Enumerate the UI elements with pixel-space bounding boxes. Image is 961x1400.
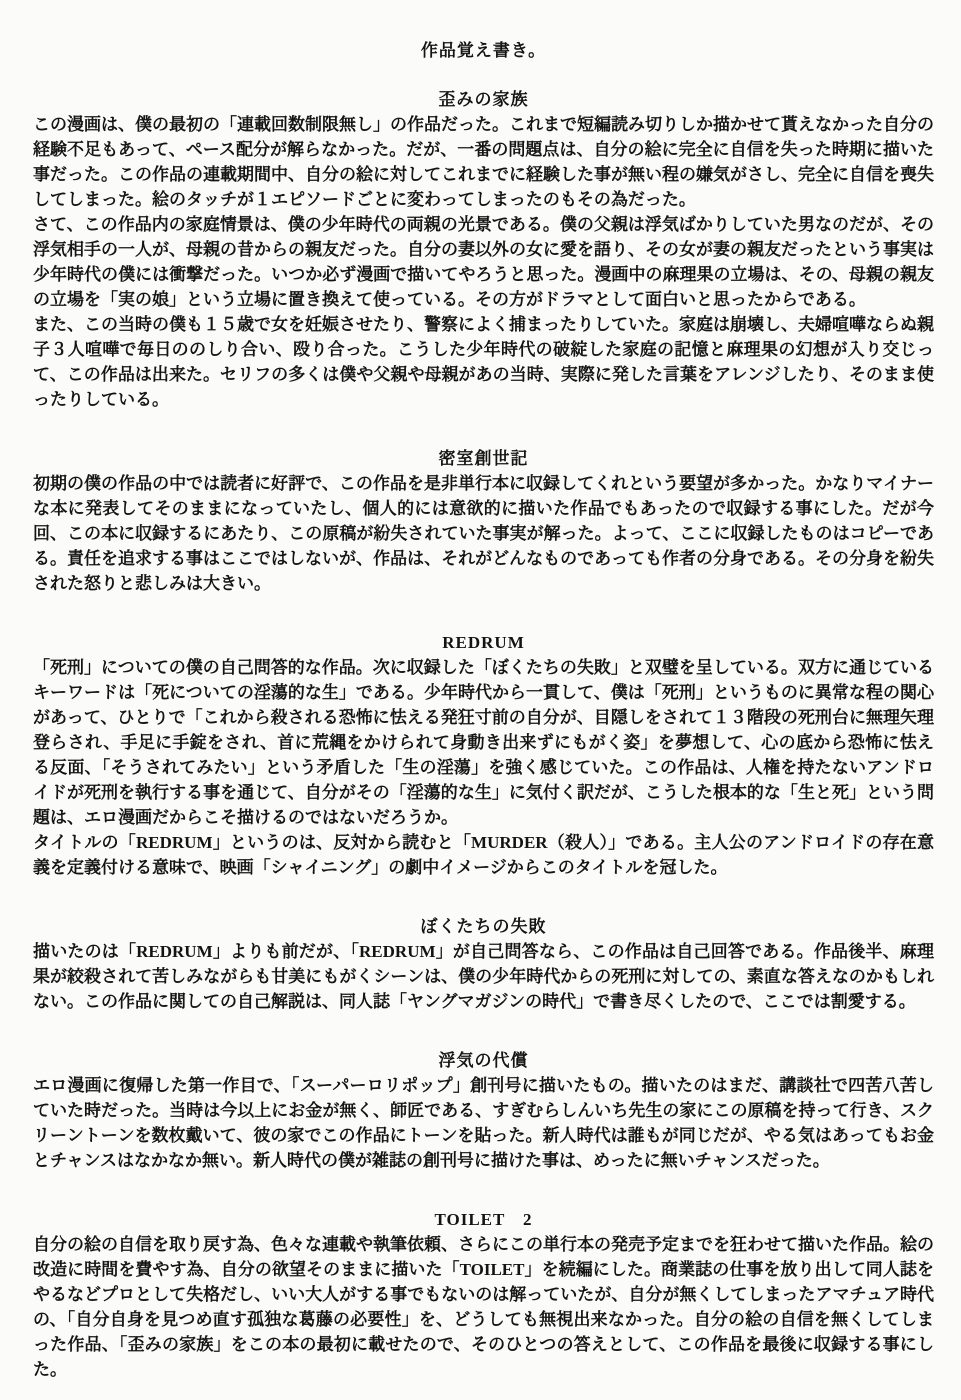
paragraph: エロ漫画に復帰した第一作目で、「スーパーロリポップ」創刊号に描いたもの。描いたの… <box>33 1073 934 1173</box>
sections-container: 歪みの家族 この漫画は、僕の最初の「連載回数制限無し」の作品だった。これまで短編… <box>33 87 934 1382</box>
section-heading-bokutachi-no-shippai: ぼくたちの失敗 <box>33 914 934 939</box>
page-title: 作品覚え書き。 <box>33 38 934 63</box>
section-heading-uwaki-no-daishou: 浮気の代償 <box>33 1048 934 1073</box>
paragraph: 初期の僕の作品の中では読者に好評で、この作品を是非単行本に収録してくれという要望… <box>33 471 934 596</box>
paragraph: この漫画は、僕の最初の「連載回数制限無し」の作品だった。これまで短編読み切りしか… <box>33 112 934 212</box>
paragraph: 自分の絵の自信を取り戻す為、色々な連載や執筆依頼、さらにこの単行本の発売予定まで… <box>33 1232 934 1382</box>
paragraph: 「死刑」についての僕の自己問答的な作品。次に収録した「ぼくたちの失敗」と双璧を呈… <box>33 655 934 830</box>
section-heading-toilet-2: TOILET 2 <box>33 1207 934 1232</box>
document-page: 作品覚え書き。 歪みの家族 この漫画は、僕の最初の「連載回数制限無し」の作品だっ… <box>0 0 961 1400</box>
paragraph: また、この当時の僕も１５歳で女を妊娠させたり、警察によく捕まったりしていた。家庭… <box>33 312 934 412</box>
section-bokutachi-no-shippai: ぼくたちの失敗 描いたのは「REDRUM」よりも前だが、「REDRUM」が自己問… <box>33 914 934 1014</box>
paragraph: さて、この作品内の家庭情景は、僕の少年時代の両親の光景である。僕の父親は浮気ばか… <box>33 212 934 312</box>
section-misshitsu-souseiki: 密室創世記 初期の僕の作品の中では読者に好評で、この作品を是非単行本に収録してく… <box>33 446 934 596</box>
section-heading-redrum: REDRUM <box>33 630 934 655</box>
section-heading-yugami-no-kazoku: 歪みの家族 <box>33 87 934 112</box>
section-toilet-2: TOILET 2 自分の絵の自信を取り戻す為、色々な連載や執筆依頼、さらにこの単… <box>33 1207 934 1382</box>
section-uwaki-no-daishou: 浮気の代償 エロ漫画に復帰した第一作目で、「スーパーロリポップ」創刊号に描いたも… <box>33 1048 934 1173</box>
paragraph: タイトルの「REDRUM」というのは、反対から読むと「MURDER（殺人）」であ… <box>33 830 934 880</box>
section-heading-misshitsu-souseiki: 密室創世記 <box>33 446 934 471</box>
section-yugami-no-kazoku: 歪みの家族 この漫画は、僕の最初の「連載回数制限無し」の作品だった。これまで短編… <box>33 87 934 412</box>
paragraph: 描いたのは「REDRUM」よりも前だが、「REDRUM」が自己問答なら、この作品… <box>33 939 934 1014</box>
section-redrum: REDRUM 「死刑」についての僕の自己問答的な作品。次に収録した「ぼくたちの失… <box>33 630 934 880</box>
